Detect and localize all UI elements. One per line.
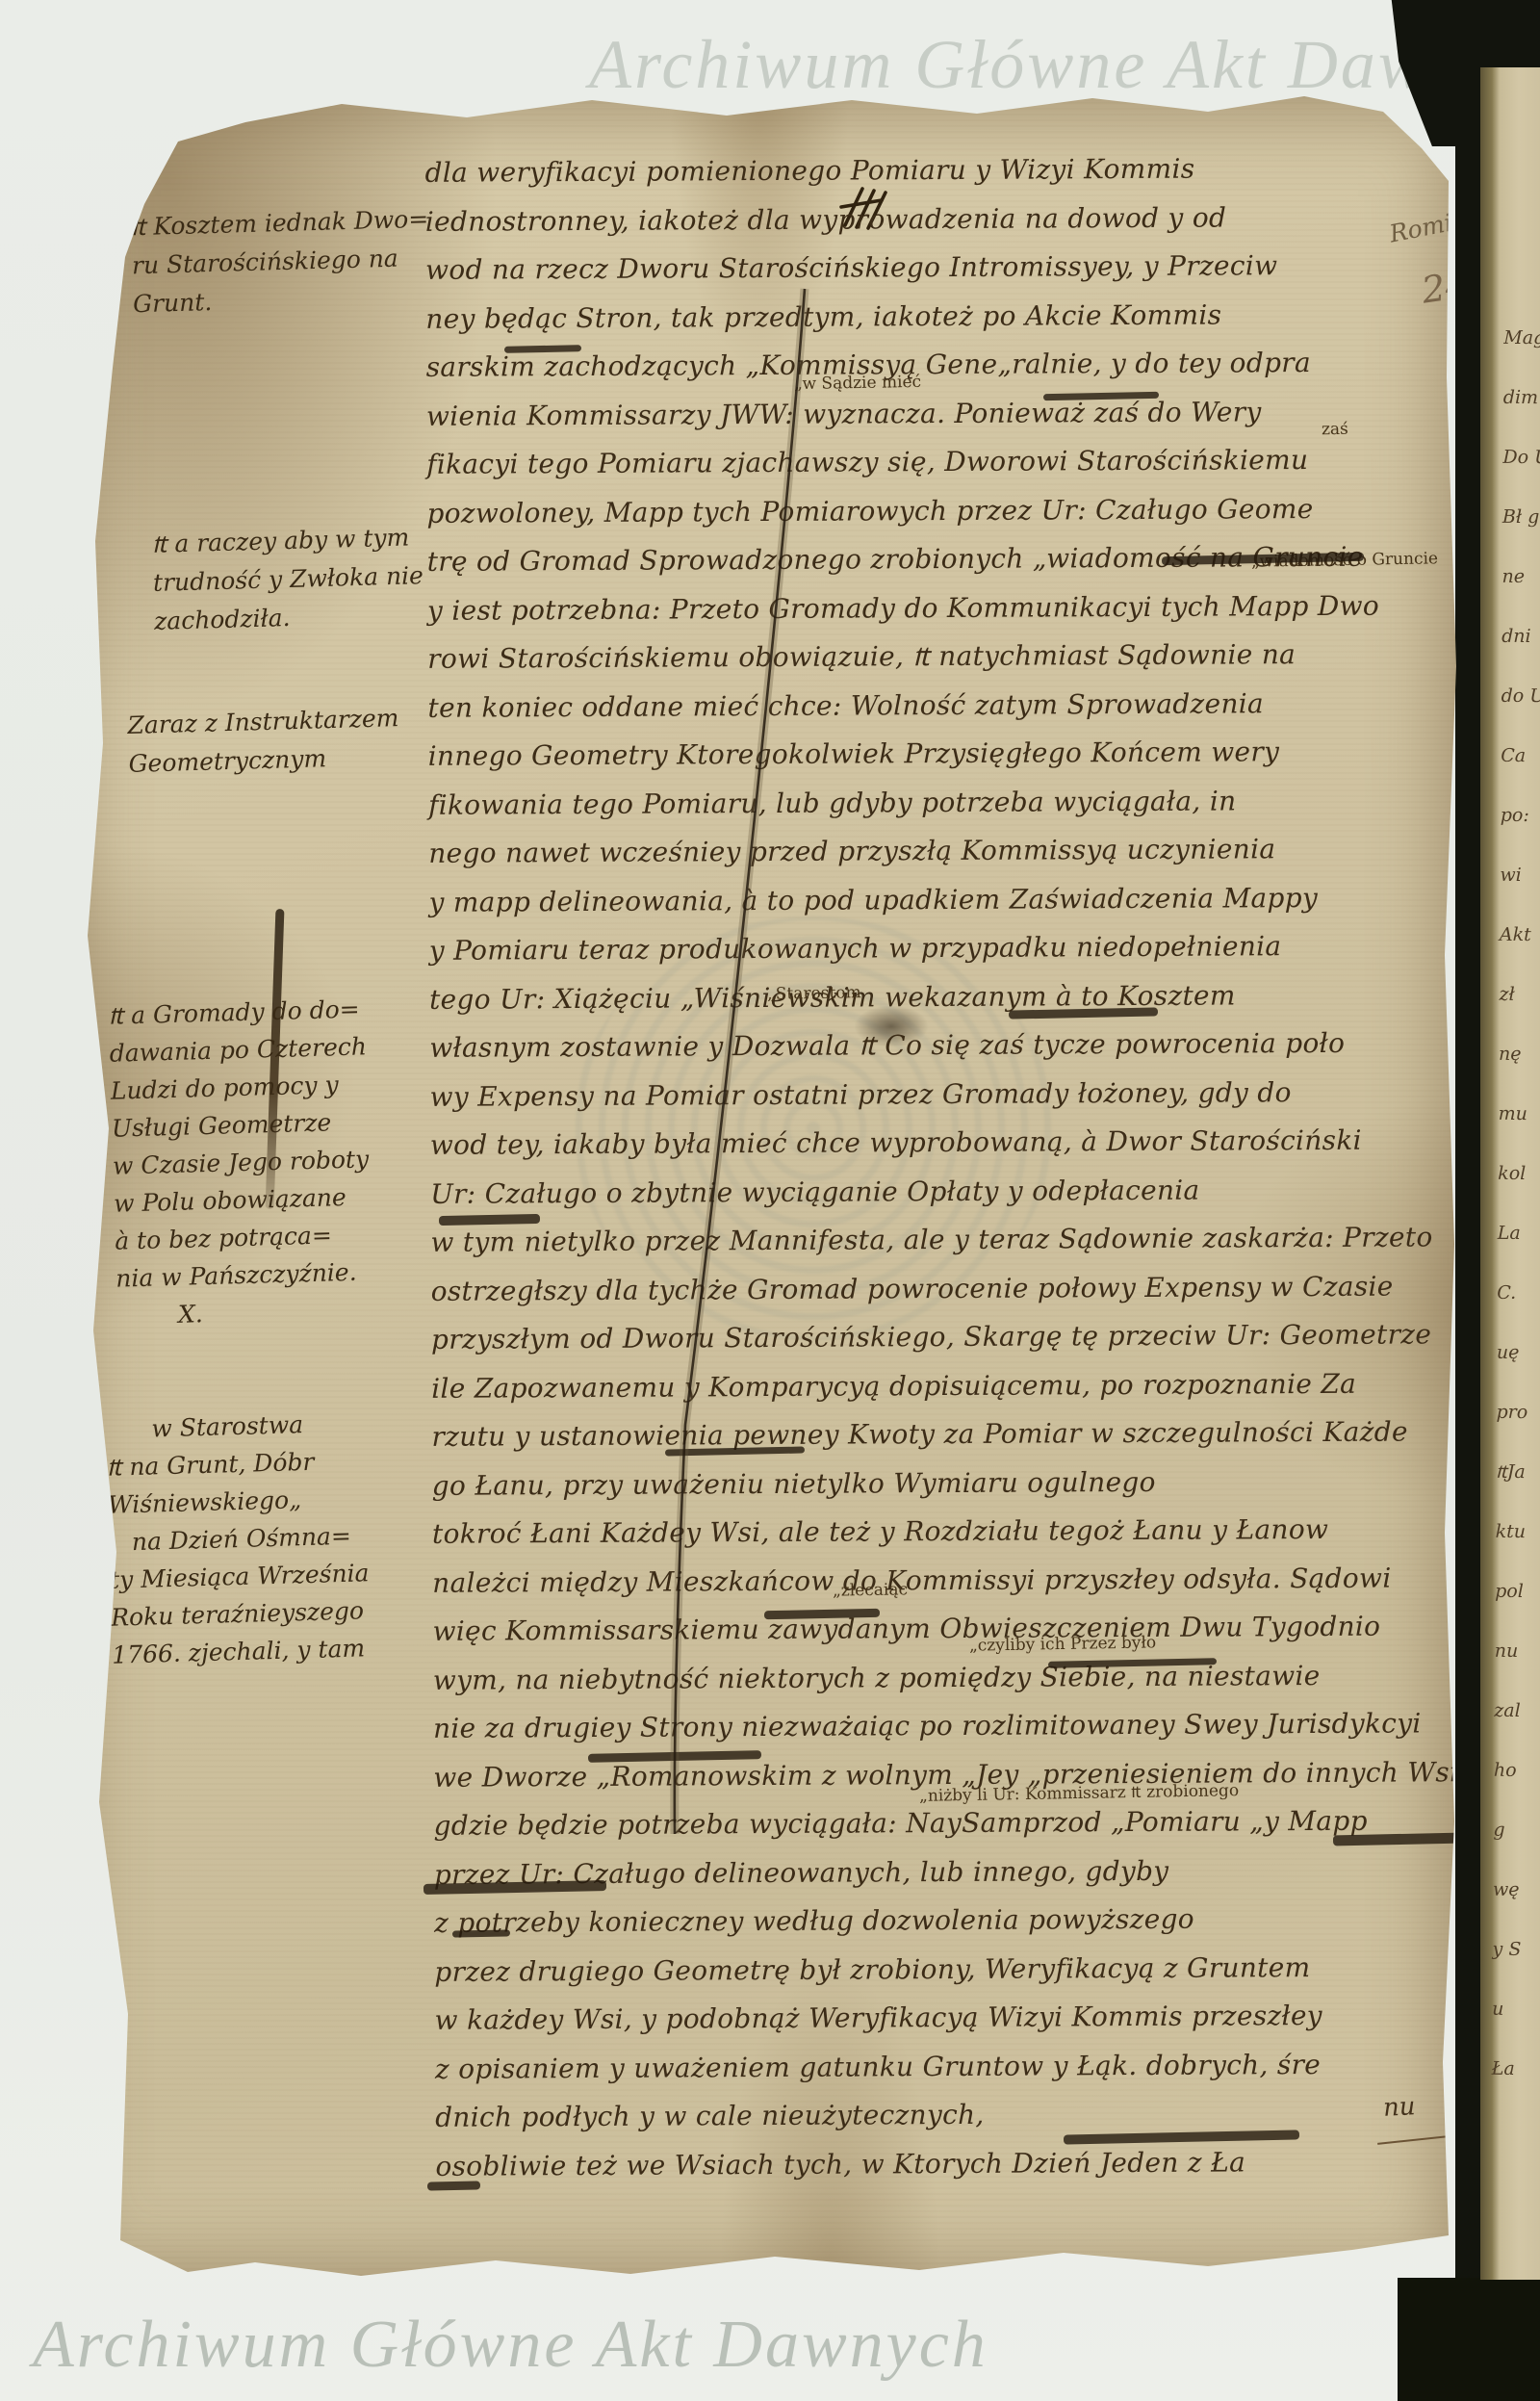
margin-note-2: ₶ a raczey aby w tym trudność y Zwłoka n… xyxy=(151,518,424,641)
margin-note-4: ₶ a Gromady do do= dawania po Czterech L… xyxy=(108,990,374,1334)
scanned-archive-document: { "meta": { "archive_watermark": "Archiw… xyxy=(0,0,1540,2401)
scanner-void-bottom xyxy=(1398,2278,1540,2401)
strikethrough-mark xyxy=(427,2181,480,2190)
archive-watermark-bottom: Archiwum Główne Akt Dawnych xyxy=(33,2307,988,2384)
interlinear-note-5: „zlecaiąc xyxy=(833,1580,908,1600)
interlinear-note-1: „w Sądzie mieć xyxy=(794,373,921,394)
adjacent-page-text-fragments: Mag dim Do U Bł g ne dni do U Ca po: wi … xyxy=(1492,308,1540,2099)
adjacent-page: Mag dim Do U Bł g ne dni do U Ca po: wi … xyxy=(1480,67,1540,2280)
interlinear-note-4: „Starostom xyxy=(767,983,861,1004)
interlinear-note-6: „czyliby ich Przez było xyxy=(969,1633,1156,1655)
margin-note-5: w Starostwa ₶ na Grunt, Dóbr Wiśniewskie… xyxy=(105,1404,372,1673)
margin-note-1: ₶ Kosztem iednak Dwo= ru Starościńskiego… xyxy=(130,200,431,324)
interlinear-note-2: zaś xyxy=(1322,420,1348,439)
catchword: nu xyxy=(1382,2092,1416,2123)
manuscript-page: Rominku 248. ₶ Kosztem iednak Dwo= ru St… xyxy=(53,89,1466,2293)
margin-note-3: Zaraz z Instruktarzem Geometrycznym xyxy=(127,699,400,784)
strikethrough-mark xyxy=(452,1929,510,1937)
